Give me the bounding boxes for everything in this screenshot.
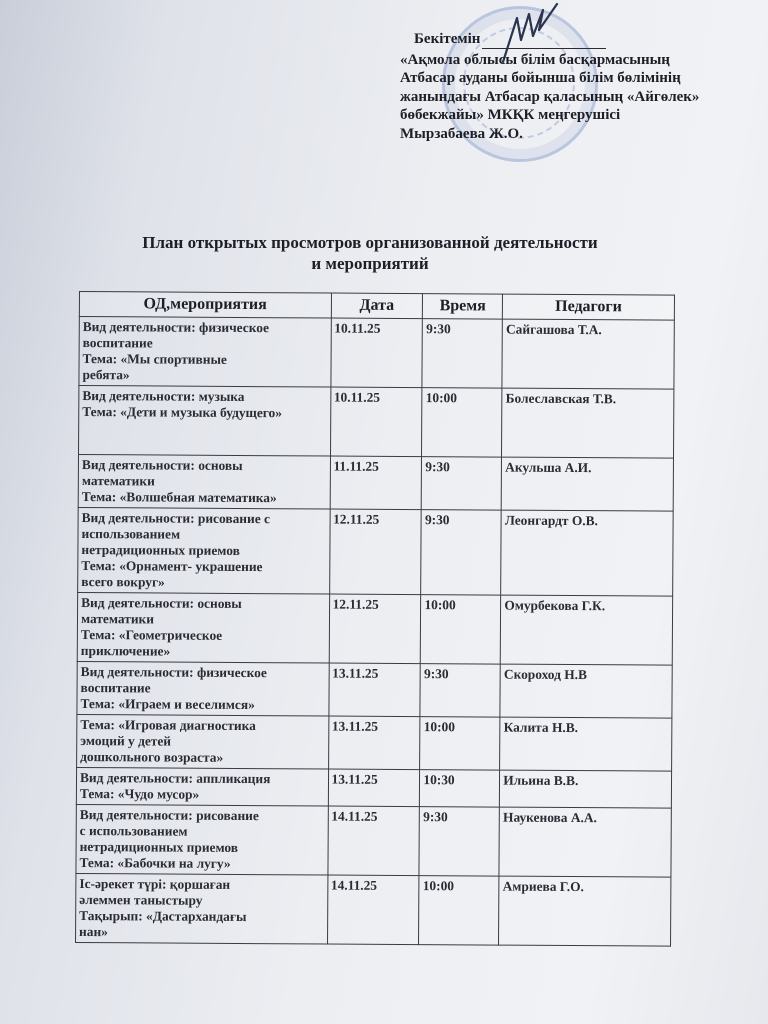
cell-date: 10.11.25 [330,318,422,388]
cell-date: 14.11.25 [327,806,419,876]
table-row: Вид деятельности: физическое воспитание … [79,317,674,390]
cell-activity: Вид деятельности: основы математики Тема… [78,455,330,510]
table-row: Вид деятельности: основы математики Тема… [78,455,673,512]
cell-activity: Тема: «Игровая диагностика эмоций у дете… [77,714,329,769]
cell-teacher: Омурбекова Г.К. [500,595,672,665]
cell-date: 13.11.25 [328,769,420,807]
cell-teacher: Болеславская Т.В. [502,388,674,458]
cell-date: 12.11.25 [329,509,421,595]
table-row: Вид деятельности: физическое воспитание … [77,661,672,718]
cell-teacher: Калита Н.В. [500,717,672,771]
header-activity: ОД,мероприятия [79,292,331,319]
cell-activity: Іс-әрекет түрі: қоршаған әлеммен танысты… [76,873,328,944]
table-header-row: ОД,мероприятия Дата Время Педагоги [79,292,674,321]
header-teacher: Педагоги [503,294,675,320]
cell-activity: Вид деятельности: физическое воспитание … [77,661,329,716]
cell-time: 9:30 [420,664,500,717]
cell-time: 10:00 [422,388,502,457]
cell-date: 12.11.25 [329,594,421,664]
cell-activity: Вид деятельности: рисование с использова… [76,804,328,875]
cell-activity: Вид деятельности: рисование с использова… [78,507,330,594]
cell-date: 13.11.25 [328,663,420,717]
cell-time: 10:00 [419,876,499,945]
cell-time: 10:00 [420,717,500,770]
document-title: План открытых просмотров организованной … [70,232,670,274]
cell-teacher: Акульша А.И. [501,457,673,511]
cell-teacher: Амриева Г.О. [499,876,671,946]
cell-activity: Вид деятельности: основы математики Тема… [77,592,329,663]
cell-teacher: Скороход Н.В [500,664,672,718]
cell-date: 14.11.25 [327,875,419,945]
cell-time: 9:30 [421,510,501,595]
organization-text: «Ақмола облысы білім басқармасының Атбас… [400,51,760,144]
table-row: Іс-әрекет түрі: қоршаған әлеммен танысты… [76,873,671,946]
table-row: Вид деятельности: аппликация Тема: «Чудо… [76,767,671,808]
header-date: Дата [331,293,423,319]
cell-activity: Вид деятельности: музыка Тема: «Дети и м… [79,386,331,457]
table-row: Тема: «Игровая диагностика эмоций у дете… [77,714,672,771]
cell-activity: Вид деятельности: физическое воспитание … [79,317,331,388]
table-row: Вид деятельности: рисование с использова… [78,507,674,596]
cell-teacher: Сайгашова Т.А. [502,319,674,389]
cell-activity: Вид деятельности: аппликация Тема: «Чудо… [76,767,328,806]
cell-time: 9:30 [422,319,502,388]
table-row: Вид деятельности: основы математики Тема… [77,592,672,665]
cell-time: 10:30 [420,770,500,807]
cell-time: 9:30 [422,457,502,510]
cell-time: 9:30 [419,807,499,876]
table-row: Вид деятельности: музыка Тема: «Дети и м… [79,386,674,459]
approval-block: Бекітемін «Ақмола облысы білім басқармас… [400,30,760,143]
cell-teacher: Ильина В.В. [500,770,672,808]
cell-time: 10:00 [421,595,501,664]
header-time: Время [423,294,503,319]
schedule-table: ОД,мероприятия Дата Время Педагоги Вид д… [75,291,675,947]
approve-label: Бекітемін [414,30,480,49]
approve-line: Бекітемін [400,30,760,49]
cell-date: 11.11.25 [330,456,422,510]
signature-line [482,34,606,49]
cell-date: 13.11.25 [328,716,420,770]
cell-teacher: Наукенова А.А. [499,807,671,877]
table-row: Вид деятельности: рисование с использова… [76,804,671,877]
document-page: Бекітемін «Ақмола облысы білім басқармас… [0,0,768,1024]
cell-teacher: Леонгардт О.В. [501,510,673,596]
cell-date: 10.11.25 [330,387,422,457]
